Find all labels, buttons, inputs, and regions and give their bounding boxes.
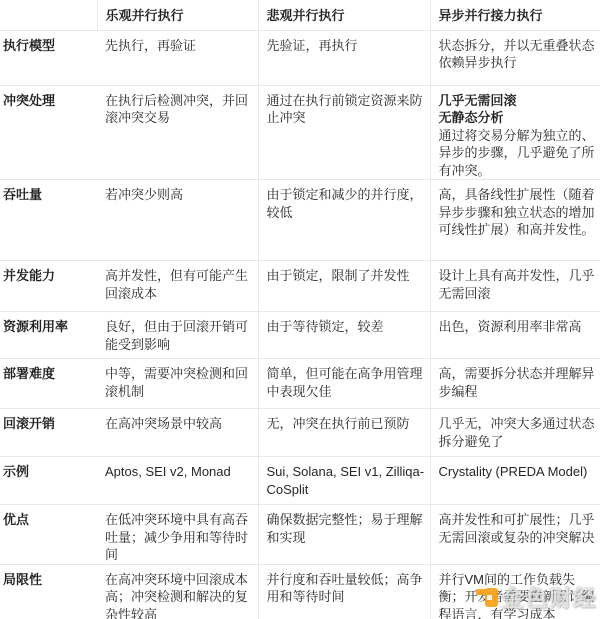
column-header: 异步并行接力执行 <box>430 0 600 30</box>
row-label: 优点 <box>0 505 97 565</box>
table-cell: 高，需要拆分状态并理解异步编程 <box>430 359 600 409</box>
table-row: 冲突处理在执行后检测冲突，并回滚冲突交易通过在执行前锁定资源来防止冲突几乎无需回… <box>0 85 600 180</box>
table-row: 优点在低冲突环境中具有高吞吐量；减少争用和等待时间确保数据完整性；易于理解和实现… <box>0 505 600 565</box>
cell-text: 确保数据完整性；易于理解和实现 <box>267 511 426 546</box>
table-cell: 由于等待锁定，较差 <box>258 312 430 359</box>
table-cell: 高，具备线性扩展性（随着异步步骤和独立状态的增加可线性扩展）和高并发性。 <box>430 180 600 261</box>
row-label: 局限性 <box>0 564 97 619</box>
table-row: 示例Aptos, SEI v2, MonadSui, Solana, SEI v… <box>0 457 600 505</box>
corner-header <box>0 0 97 30</box>
cell-text: 无，冲突在执行前已预防 <box>267 415 426 433</box>
cell-text: 在高冲突场景中较高 <box>105 415 254 433</box>
table-cell: 由于锁定，限制了并发性 <box>258 261 430 312</box>
cell-text: 在执行后检测冲突，并回滚冲突交易 <box>105 92 254 127</box>
table-cell: 在高冲突环境中回滚成本高；冲突检测和解决的复杂性较高 <box>97 564 258 619</box>
cell-text: Sui, Solana, SEI v1, Zilliqa-CoSplit <box>267 463 426 498</box>
table-row: 吞吐量若冲突少则高由于锁定和减少的并行度，较低高，具备线性扩展性（随着异步步骤和… <box>0 180 600 261</box>
table-cell: 由于锁定和减少的并行度，较低 <box>258 180 430 261</box>
cell-text: 无静态分析 <box>439 109 597 127</box>
cell-text: 由于等待锁定，较差 <box>267 318 426 336</box>
cell-text: 良好，但由于回滚开销可能受到影响 <box>105 318 254 353</box>
table-cell: 在低冲突环境中具有高吞吐量；减少争用和等待时间 <box>97 505 258 565</box>
table-cell: 并行度和吞吐量较低；高争用和等待时间 <box>258 564 430 619</box>
article-table-page: 乐观并行执行悲观并行执行异步并行接力执行 执行模型先执行，再验证先验证，再执行状… <box>0 0 600 619</box>
table-cell: 几乎无需回滚无静态分析通过将交易分解为独立的、异步的步骤，几乎避免了所有冲突。 <box>430 85 600 180</box>
cell-text: 简单，但可能在高争用管理中表现欠佳 <box>267 365 426 400</box>
table-cell: 在执行后检测冲突，并回滚冲突交易 <box>97 85 258 180</box>
cell-text: Crystality (PREDA Model) <box>439 463 597 481</box>
table-cell: 先验证，再执行 <box>258 30 430 85</box>
row-label: 并发能力 <box>0 261 97 312</box>
cell-text: 中等，需要冲突检测和回滚机制 <box>105 365 254 400</box>
row-label: 冲突处理 <box>0 85 97 180</box>
row-label: 部署难度 <box>0 359 97 409</box>
cell-text: 若冲突少则高 <box>105 186 254 204</box>
header-row: 乐观并行执行悲观并行执行异步并行接力执行 <box>0 0 600 30</box>
cell-text: 并行度和吞吐量较低；高争用和等待时间 <box>267 571 426 606</box>
table-row: 局限性在高冲突环境中回滚成本高；冲突检测和解决的复杂性较高并行度和吞吐量较低；高… <box>0 564 600 619</box>
table-row: 回滚开销在高冲突场景中较高无，冲突在执行前已预防几乎无，冲突大多通过状态拆分避免… <box>0 409 600 457</box>
cell-text: 出色，资源利用率非常高 <box>439 318 597 336</box>
row-label: 吞吐量 <box>0 180 97 261</box>
cell-text: 高并发性和可扩展性；几乎无需回滚或复杂的冲突解决 <box>439 511 597 546</box>
table-cell: 良好，但由于回滚开销可能受到影响 <box>97 312 258 359</box>
cell-text: 在低冲突环境中具有高吞吐量；减少争用和等待时间 <box>105 511 254 564</box>
table-cell: 几乎无，冲突大多通过状态拆分避免了 <box>430 409 600 457</box>
cell-text: 高并发性，但有可能产生回滚成本 <box>105 267 254 302</box>
table-row: 部署难度中等，需要冲突检测和回滚机制简单，但可能在高争用管理中表现欠佳高，需要拆… <box>0 359 600 409</box>
cell-text: 由于锁定，限制了并发性 <box>267 267 426 285</box>
table-cell: 在高冲突场景中较高 <box>97 409 258 457</box>
cell-text: 状态拆分，并以无重叠状态依赖异步执行 <box>439 37 597 72</box>
column-header: 乐观并行执行 <box>97 0 258 30</box>
cell-text: 高，具备线性扩展性（随着异步步骤和独立状态的增加可线性扩展）和高并发性。 <box>439 186 597 239</box>
cell-text: 几乎无，冲突大多通过状态拆分避免了 <box>439 415 597 450</box>
table-row: 执行模型先执行，再验证先验证，再执行状态拆分，并以无重叠状态依赖异步执行 <box>0 30 600 85</box>
row-label: 资源利用率 <box>0 312 97 359</box>
comparison-table: 乐观并行执行悲观并行执行异步并行接力执行 执行模型先执行，再验证先验证，再执行状… <box>0 0 600 619</box>
table-row: 资源利用率良好，但由于回滚开销可能受到影响由于等待锁定，较差出色，资源利用率非常… <box>0 312 600 359</box>
cell-text: 设计上具有高并发性，几乎无需回滚 <box>439 267 597 302</box>
cell-text: 几乎无需回滚 <box>439 92 597 110</box>
row-label: 回滚开销 <box>0 409 97 457</box>
cell-text: 先执行，再验证 <box>105 37 254 55</box>
table-cell: 先执行，再验证 <box>97 30 258 85</box>
table-cell: Sui, Solana, SEI v1, Zilliqa-CoSplit <box>258 457 430 505</box>
cell-text: 通过将交易分解为独立的、异步的步骤，几乎避免了所有冲突。 <box>439 127 597 180</box>
row-label: 执行模型 <box>0 30 97 85</box>
cell-text: 并行VM间的工作负载失衡；开发者需要重新设计编程语言，有学习成本 <box>439 571 597 619</box>
table-cell: 中等，需要冲突检测和回滚机制 <box>97 359 258 409</box>
table-cell: Aptos, SEI v2, Monad <box>97 457 258 505</box>
table-cell: 并行VM间的工作负载失衡；开发者需要重新设计编程语言，有学习成本 <box>430 564 600 619</box>
cell-text: Aptos, SEI v2, Monad <box>105 463 254 481</box>
table-cell: 状态拆分，并以无重叠状态依赖异步执行 <box>430 30 600 85</box>
comparison-table-body: 执行模型先执行，再验证先验证，再执行状态拆分，并以无重叠状态依赖异步执行冲突处理… <box>0 30 600 619</box>
table-cell: 若冲突少则高 <box>97 180 258 261</box>
table-cell: 确保数据完整性；易于理解和实现 <box>258 505 430 565</box>
cell-text: 由于锁定和减少的并行度，较低 <box>267 186 426 221</box>
cell-text: 在高冲突环境中回滚成本高；冲突检测和解决的复杂性较高 <box>105 571 254 619</box>
table-cell: 通过在执行前锁定资源来防止冲突 <box>258 85 430 180</box>
table-cell: 高并发性和可扩展性；几乎无需回滚或复杂的冲突解决 <box>430 505 600 565</box>
cell-text: 通过在执行前锁定资源来防止冲突 <box>267 92 426 127</box>
table-cell: 高并发性，但有可能产生回滚成本 <box>97 261 258 312</box>
table-cell: Crystality (PREDA Model) <box>430 457 600 505</box>
table-row: 并发能力高并发性，但有可能产生回滚成本由于锁定，限制了并发性设计上具有高并发性，… <box>0 261 600 312</box>
cell-text: 先验证，再执行 <box>267 37 426 55</box>
cell-text: 高，需要拆分状态并理解异步编程 <box>439 365 597 400</box>
column-header: 悲观并行执行 <box>258 0 430 30</box>
table-cell: 设计上具有高并发性，几乎无需回滚 <box>430 261 600 312</box>
table-cell: 无，冲突在执行前已预防 <box>258 409 430 457</box>
table-cell: 简单，但可能在高争用管理中表现欠佳 <box>258 359 430 409</box>
row-label: 示例 <box>0 457 97 505</box>
table-cell: 出色，资源利用率非常高 <box>430 312 600 359</box>
